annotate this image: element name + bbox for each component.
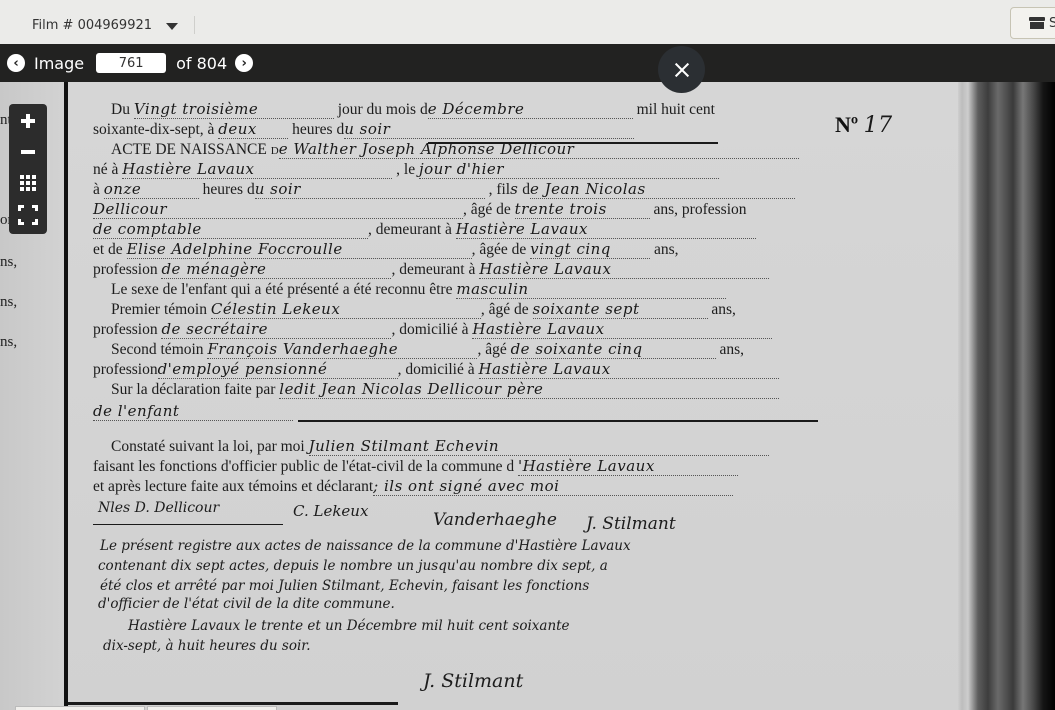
signature: Vanderhaeghe [433, 510, 557, 530]
bottom-panel-tab[interactable] [15, 706, 145, 710]
closing-text-line: été clos et arrêté par moi Julien Stilma… [100, 578, 589, 594]
rule [298, 420, 818, 422]
record-line: et de Elise Adelphine Foccroulle, âgée d… [93, 240, 679, 259]
record-line: Dellicour, âgé de trente trois ans, prof… [93, 200, 747, 219]
top-bar: Film # 004969921 S [0, 0, 1055, 44]
signature: J. Stilmant [586, 514, 676, 534]
record-line: ACTE DE NAISSANCE de Walther Joseph Alph… [111, 140, 799, 159]
chevron-right-icon: › [241, 57, 246, 70]
chevron-left-icon: ‹ [13, 57, 18, 70]
record-line: de l'enfant [93, 402, 293, 421]
closing-text-line: d'officier de l'état civil de la dite co… [98, 596, 395, 612]
closing-text-line: dix-sept, à huit heures du soir. [103, 638, 311, 654]
divider [194, 16, 195, 34]
record-page: Du Vingt troisième jour du mois de Décem… [68, 82, 958, 710]
image-number-input[interactable] [96, 53, 166, 73]
grid-view-button[interactable] [9, 168, 47, 198]
record-line: à onze heures du soir , fils de Jean Nic… [93, 180, 795, 199]
rule [68, 702, 398, 705]
signature: Nles D. Dellicour [98, 500, 219, 516]
closing-text-line: Hastière Lavaux le trente et un Décembre… [128, 618, 570, 634]
film-number-label: Film # 004969921 [32, 18, 152, 33]
image-viewer[interactable]: nt on ns, ns, ns, Du Vingt troisième jou… [0, 82, 1055, 710]
save-button-label: S [1049, 16, 1055, 31]
image-total-label: of 804 [176, 54, 227, 73]
page-edge [958, 82, 1055, 710]
record-line: faisant les fonctions d'officier public … [93, 457, 738, 476]
record-line: profession de ménagère, demeurant à Hast… [93, 260, 769, 279]
bottom-panel-tab[interactable] [147, 706, 277, 710]
record-line: Constaté suivant la loi, par moi Julien … [111, 437, 769, 456]
record-line: Premier témoin Célestin Lekeux, âgé de s… [111, 300, 736, 319]
image-navigation-bar: ‹ Image of 804 › [0, 44, 1055, 82]
chevron-down-icon[interactable] [166, 23, 178, 30]
archive-box-icon [1029, 17, 1045, 29]
zoom-in-button[interactable] [9, 106, 47, 136]
record-number: Nº 17 [835, 112, 893, 138]
plus-icon [21, 114, 35, 128]
closing-text-line: Le présent registre aux actes de naissan… [100, 538, 631, 554]
closing-signature: J. Stilmant [423, 670, 523, 692]
zoom-controls [9, 104, 47, 234]
next-image-button[interactable]: › [235, 54, 253, 72]
zoom-out-button[interactable] [9, 137, 47, 167]
record-line: et après lecture faite aux témoins et dé… [93, 477, 733, 496]
film-selector[interactable]: Film # 004969921 [32, 16, 195, 34]
record-line: Du Vingt troisième jour du mois de Décem… [111, 100, 715, 119]
record-line: Sur la déclaration faite par ledit Jean … [111, 380, 779, 399]
record-line: profession de secrétaire, domicilié à Ha… [93, 320, 772, 339]
record-line: professiond'employé pensionné, domicilié… [93, 360, 779, 379]
close-viewer-button[interactable] [658, 46, 705, 93]
grid-icon [20, 175, 36, 191]
fullscreen-button[interactable] [9, 200, 47, 230]
minus-icon [21, 145, 35, 159]
previous-image-button[interactable]: ‹ [7, 54, 25, 72]
close-icon [674, 62, 690, 78]
record-line: né à Hastière Lavaux , le jour d'hier [93, 160, 719, 179]
record-line: soixante-dix-sept, à deux heures du soir [93, 120, 634, 139]
record-line: Second témoin François Vanderhaeghe, âgé… [111, 340, 744, 359]
record-line: de comptable, demeurant à Hastière Lavau… [93, 220, 756, 239]
record-line: Le sexe de l'enfant qui a été présenté a… [111, 280, 726, 299]
left-page-fragment: ns, [0, 294, 17, 311]
image-label: Image [34, 54, 84, 73]
fullscreen-icon [18, 205, 38, 225]
save-button[interactable]: S [1010, 7, 1055, 39]
signature: C. Lekeux [293, 502, 368, 520]
left-page-fragment: ns, [0, 334, 17, 351]
left-page-fragment: ns, [0, 254, 17, 271]
rule [93, 524, 283, 525]
closing-text-line: contenant dix sept actes, depuis le nomb… [98, 558, 608, 574]
